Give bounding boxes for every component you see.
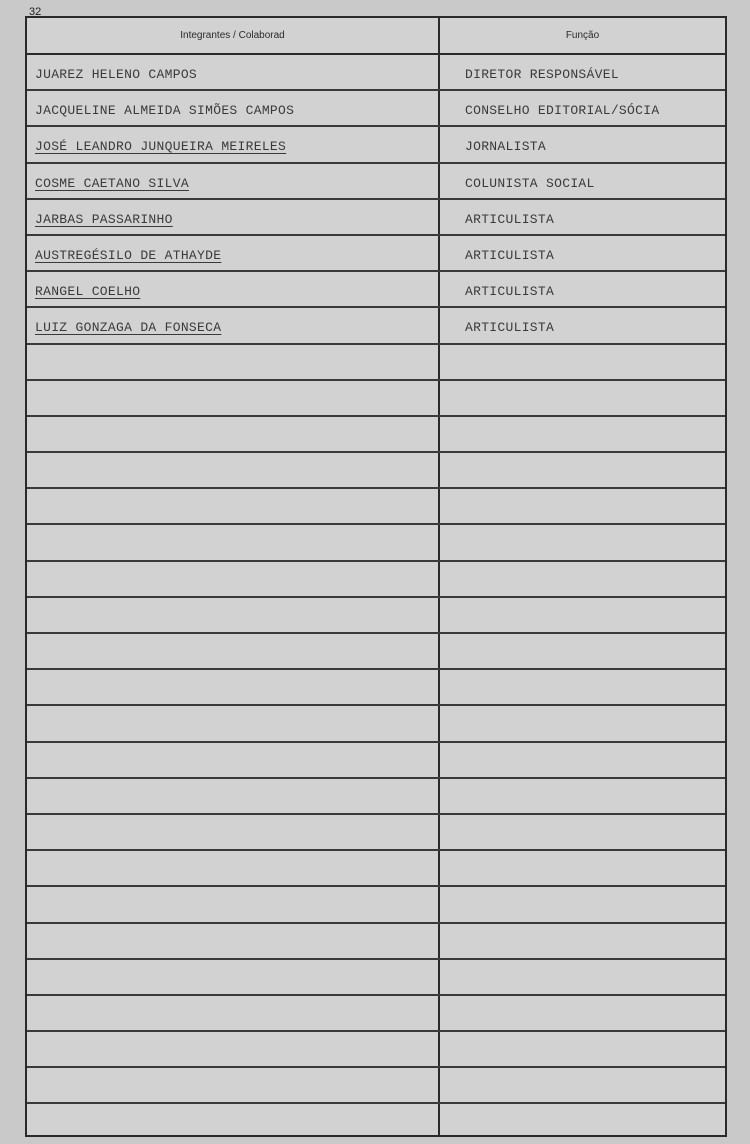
table-row (27, 1068, 725, 1104)
table-row: JARBAS PASSARINHOARTICULISTA (27, 200, 725, 236)
table-row (27, 417, 725, 453)
table-row (27, 779, 725, 815)
table-row (27, 887, 725, 923)
collaborator-name: JOSÉ LEANDRO JUNQUEIRA MEIRELES (35, 139, 286, 154)
table-row (27, 598, 725, 634)
table-row (27, 381, 725, 417)
collaborators-table: Integrantes / Colaborad Função JUAREZ HE… (25, 16, 727, 1137)
table-row (27, 706, 725, 742)
table-row (27, 996, 725, 1032)
table-row (27, 924, 725, 960)
table-row (27, 562, 725, 598)
table-row (27, 634, 725, 670)
table-row (27, 960, 725, 996)
collaborator-role: DIRETOR RESPONSÁVEL (465, 67, 619, 82)
collaborator-name: AUSTREGÉSILO DE ATHAYDE (35, 248, 221, 263)
collaborator-name: COSME CAETANO SILVA (35, 176, 189, 191)
table-row (27, 1032, 725, 1068)
collaborator-name: LUIZ GONZAGA DA FONSECA (35, 320, 221, 335)
header-integrantes: Integrantes / Colaborad (27, 30, 438, 41)
collaborator-name: JUAREZ HELENO CAMPOS (35, 67, 197, 82)
table-row: COSME CAETANO SILVACOLUNISTA SOCIAL (27, 164, 725, 200)
table-row (27, 489, 725, 525)
collaborator-role: COLUNISTA SOCIAL (465, 176, 595, 191)
table-row: RANGEL COELHOARTICULISTA (27, 272, 725, 308)
collaborator-name: JACQUELINE ALMEIDA SIMÕES CAMPOS (35, 103, 294, 118)
collaborator-name: JARBAS PASSARINHO (35, 212, 173, 227)
collaborator-role: JORNALISTA (465, 139, 546, 154)
collaborator-role: ARTICULISTA (465, 284, 554, 299)
table-row (27, 1104, 725, 1140)
table-row (27, 851, 725, 887)
collaborator-name: RANGEL COELHO (35, 284, 140, 299)
table-row (27, 345, 725, 381)
table-row (27, 815, 725, 851)
table-row: AUSTREGÉSILO DE ATHAYDEARTICULISTA (27, 236, 725, 272)
collaborator-role: ARTICULISTA (465, 320, 554, 335)
table-row (27, 525, 725, 561)
header-funcao: Função (440, 30, 725, 41)
table-row: JOSÉ LEANDRO JUNQUEIRA MEIRELESJORNALIST… (27, 127, 725, 163)
collaborator-role: ARTICULISTA (465, 212, 554, 227)
table-row (27, 743, 725, 779)
table-row: JACQUELINE ALMEIDA SIMÕES CAMPOSCONSELHO… (27, 91, 725, 127)
collaborator-role: CONSELHO EDITORIAL/SÓCIA (465, 103, 659, 118)
table-row: JUAREZ HELENO CAMPOSDIRETOR RESPONSÁVEL (27, 55, 725, 91)
table-header: Integrantes / Colaborad Função (27, 18, 725, 55)
table-body: JUAREZ HELENO CAMPOSDIRETOR RESPONSÁVELJ… (27, 55, 725, 1141)
table-row (27, 453, 725, 489)
table-row (27, 670, 725, 706)
table-row: LUIZ GONZAGA DA FONSECAARTICULISTA (27, 308, 725, 344)
collaborator-role: ARTICULISTA (465, 248, 554, 263)
